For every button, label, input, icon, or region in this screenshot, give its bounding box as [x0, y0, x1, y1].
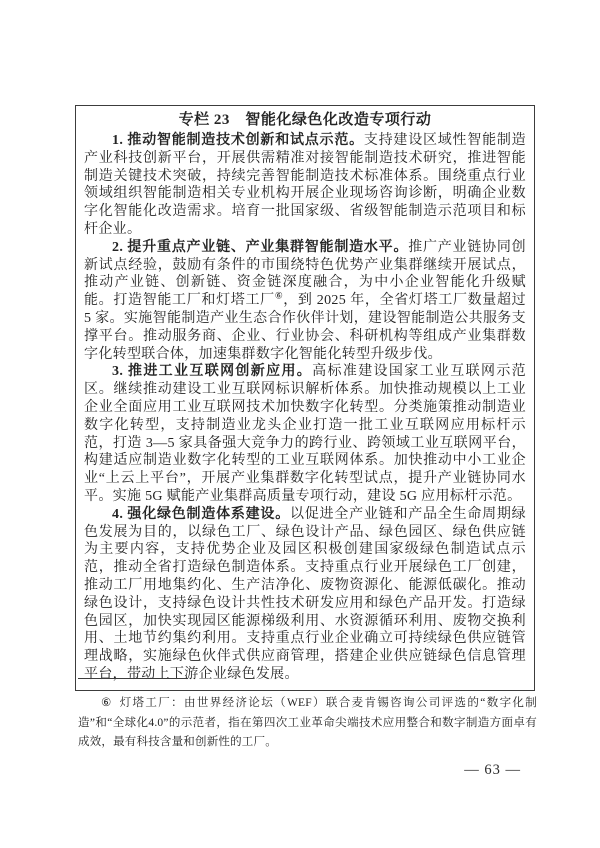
paragraph-2: 2. 提升重点产业链、产业集群智能制造水平。推广产业链协同创新试点经验，鼓励有条… [84, 239, 526, 364]
paragraph-3: 3. 推进工业互联网创新应用。高标准建设国家工业互联网示范区。继续推动建设工业互… [84, 363, 526, 505]
footnote: ⑥灯塔工厂：由世界经济论坛（WEF）联合麦肯锡咨询公司评选的“数字化制造”和“全… [78, 694, 537, 753]
footnote-reference-mark: ⑥ [275, 291, 283, 301]
box-title: 专栏 23 智能化绿色化改造专项行动 [84, 110, 526, 131]
paragraph-4-body: 以促进全产业链和产品全生命周期绿色发展为目的，以绿色工厂、绿色设计产品、绿色园区… [84, 507, 526, 682]
document-page: 专栏 23 智能化绿色化改造专项行动 1. 推动智能制造技术创新和试点示范。支持… [0, 0, 600, 848]
page-number: — 63 — [464, 762, 521, 779]
paragraph-2-lead: 2. 提升重点产业链、产业集群智能制造水平。 [112, 240, 408, 255]
paragraph-1: 1. 推动智能制造技术创新和试点示范。支持建设区域性智能制造产业科技创新平台，开… [84, 132, 526, 239]
footnote-marker: ⑥ [101, 697, 113, 709]
paragraph-3-body: 高标准建设国家工业互联网示范区。继续推动建设工业互联网标识解析体系。加快推动规模… [84, 364, 526, 504]
footnote-separator [78, 678, 188, 679]
footnote-text: 灯塔工厂：由世界经济论坛（WEF）联合麦肯锡咨询公司评选的“数字化制造”和“全球… [78, 697, 537, 748]
paragraph-4: 4. 强化绿色制造体系建设。以促进全产业链和产品全生命周期绿色发展为目的，以绿色… [84, 506, 526, 684]
paragraph-4-lead: 4. 强化绿色制造体系建设。 [112, 507, 290, 522]
paragraph-3-lead: 3. 推进工业互联网创新应用。 [112, 364, 312, 379]
column-23-box: 专栏 23 智能化绿色化改造专项行动 1. 推动智能制造技术创新和试点示范。支持… [75, 105, 535, 691]
paragraph-1-body: 支持建设区域性智能制造产业科技创新平台，开展供需精准对接智能制造技术研究，推进智… [84, 133, 526, 237]
paragraph-1-lead: 1. 推动智能制造技术创新和试点示范。 [112, 133, 364, 148]
